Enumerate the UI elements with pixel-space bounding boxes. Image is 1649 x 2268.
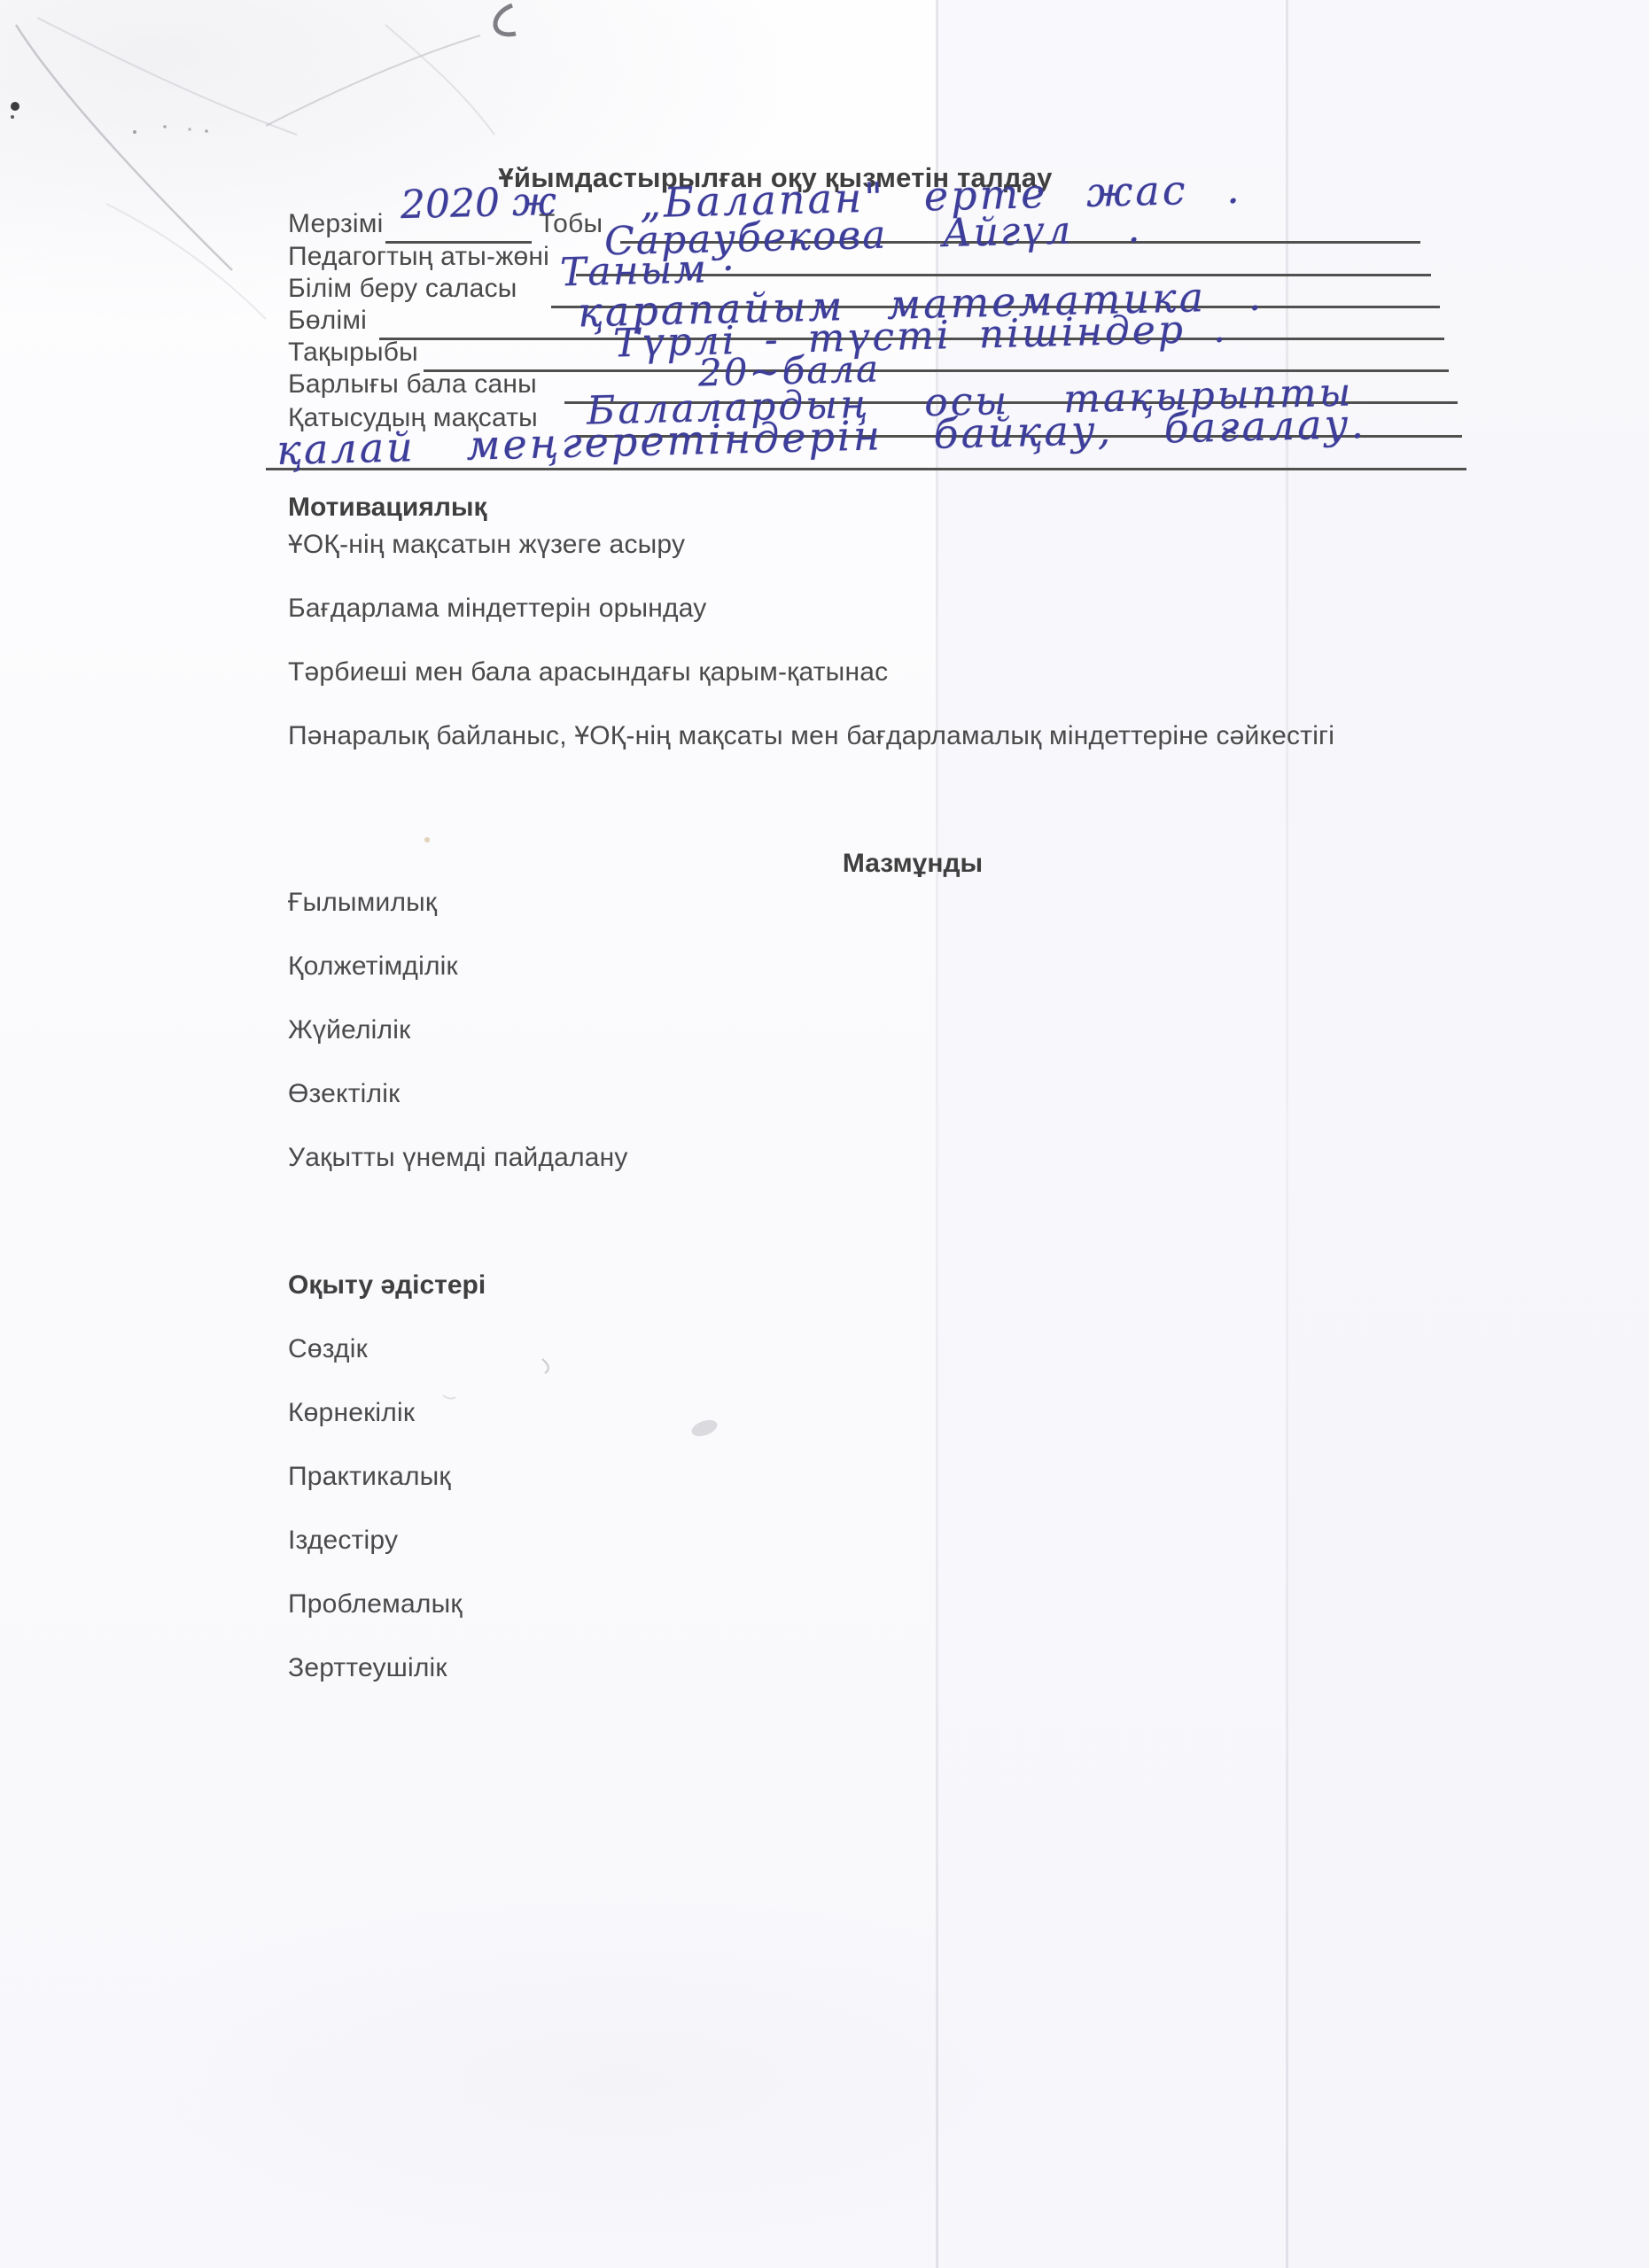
methods-item: Зерттеушілік — [288, 1653, 447, 1683]
field-label-bilim: Білім беру саласы — [288, 274, 517, 304]
scanned-document-page: { "page": { "title": "Ұйымдастырылған оқ… — [0, 0, 1649, 2268]
handwriting-merzimi: 2020 ж — [400, 179, 556, 228]
field-label-bolimi: Бөлімі — [288, 306, 367, 336]
methods-item: Сөздік — [288, 1334, 368, 1364]
motivation-item: Пәнаралық байланыс, ҰОҚ-нің мақсаты мен … — [288, 721, 1334, 751]
field-label-pedagog: Педагогтың аты-жөні — [288, 242, 549, 272]
methods-item: Практикалық — [288, 1462, 451, 1492]
field-label-bala: Барлығы бала саны — [288, 369, 537, 400]
field-label-merzimi: Мерзімі — [288, 209, 383, 239]
content-item: Қолжетімділік — [288, 951, 458, 982]
methods-item: Проблемалық — [288, 1589, 463, 1619]
field-label-takyryby: Тақырыбы — [288, 338, 418, 368]
motivation-item: Бағдарлама міндеттерін орындау — [288, 594, 706, 624]
motivation-item: ҰОҚ-нің мақсатын жүзеге асыру — [288, 530, 685, 560]
content-item: Жүйелілік — [288, 1015, 410, 1045]
section-heading-content: Мазмұнды — [288, 849, 1537, 879]
methods-item: Іздестіру — [288, 1526, 398, 1556]
motivation-item: Тәрбиеші мен бала арасындағы қарым-қатын… — [288, 657, 888, 687]
section-heading-methods: Оқыту әдістері — [288, 1270, 486, 1301]
content-item: Өзектілік — [288, 1079, 400, 1109]
methods-item: Көрнекілік — [288, 1398, 415, 1428]
content-item: Уақытты үнемді пайдалану — [288, 1143, 628, 1173]
content-item: Ғылымилық — [288, 888, 437, 918]
section-heading-motivation: Мотивациялық — [288, 493, 487, 523]
